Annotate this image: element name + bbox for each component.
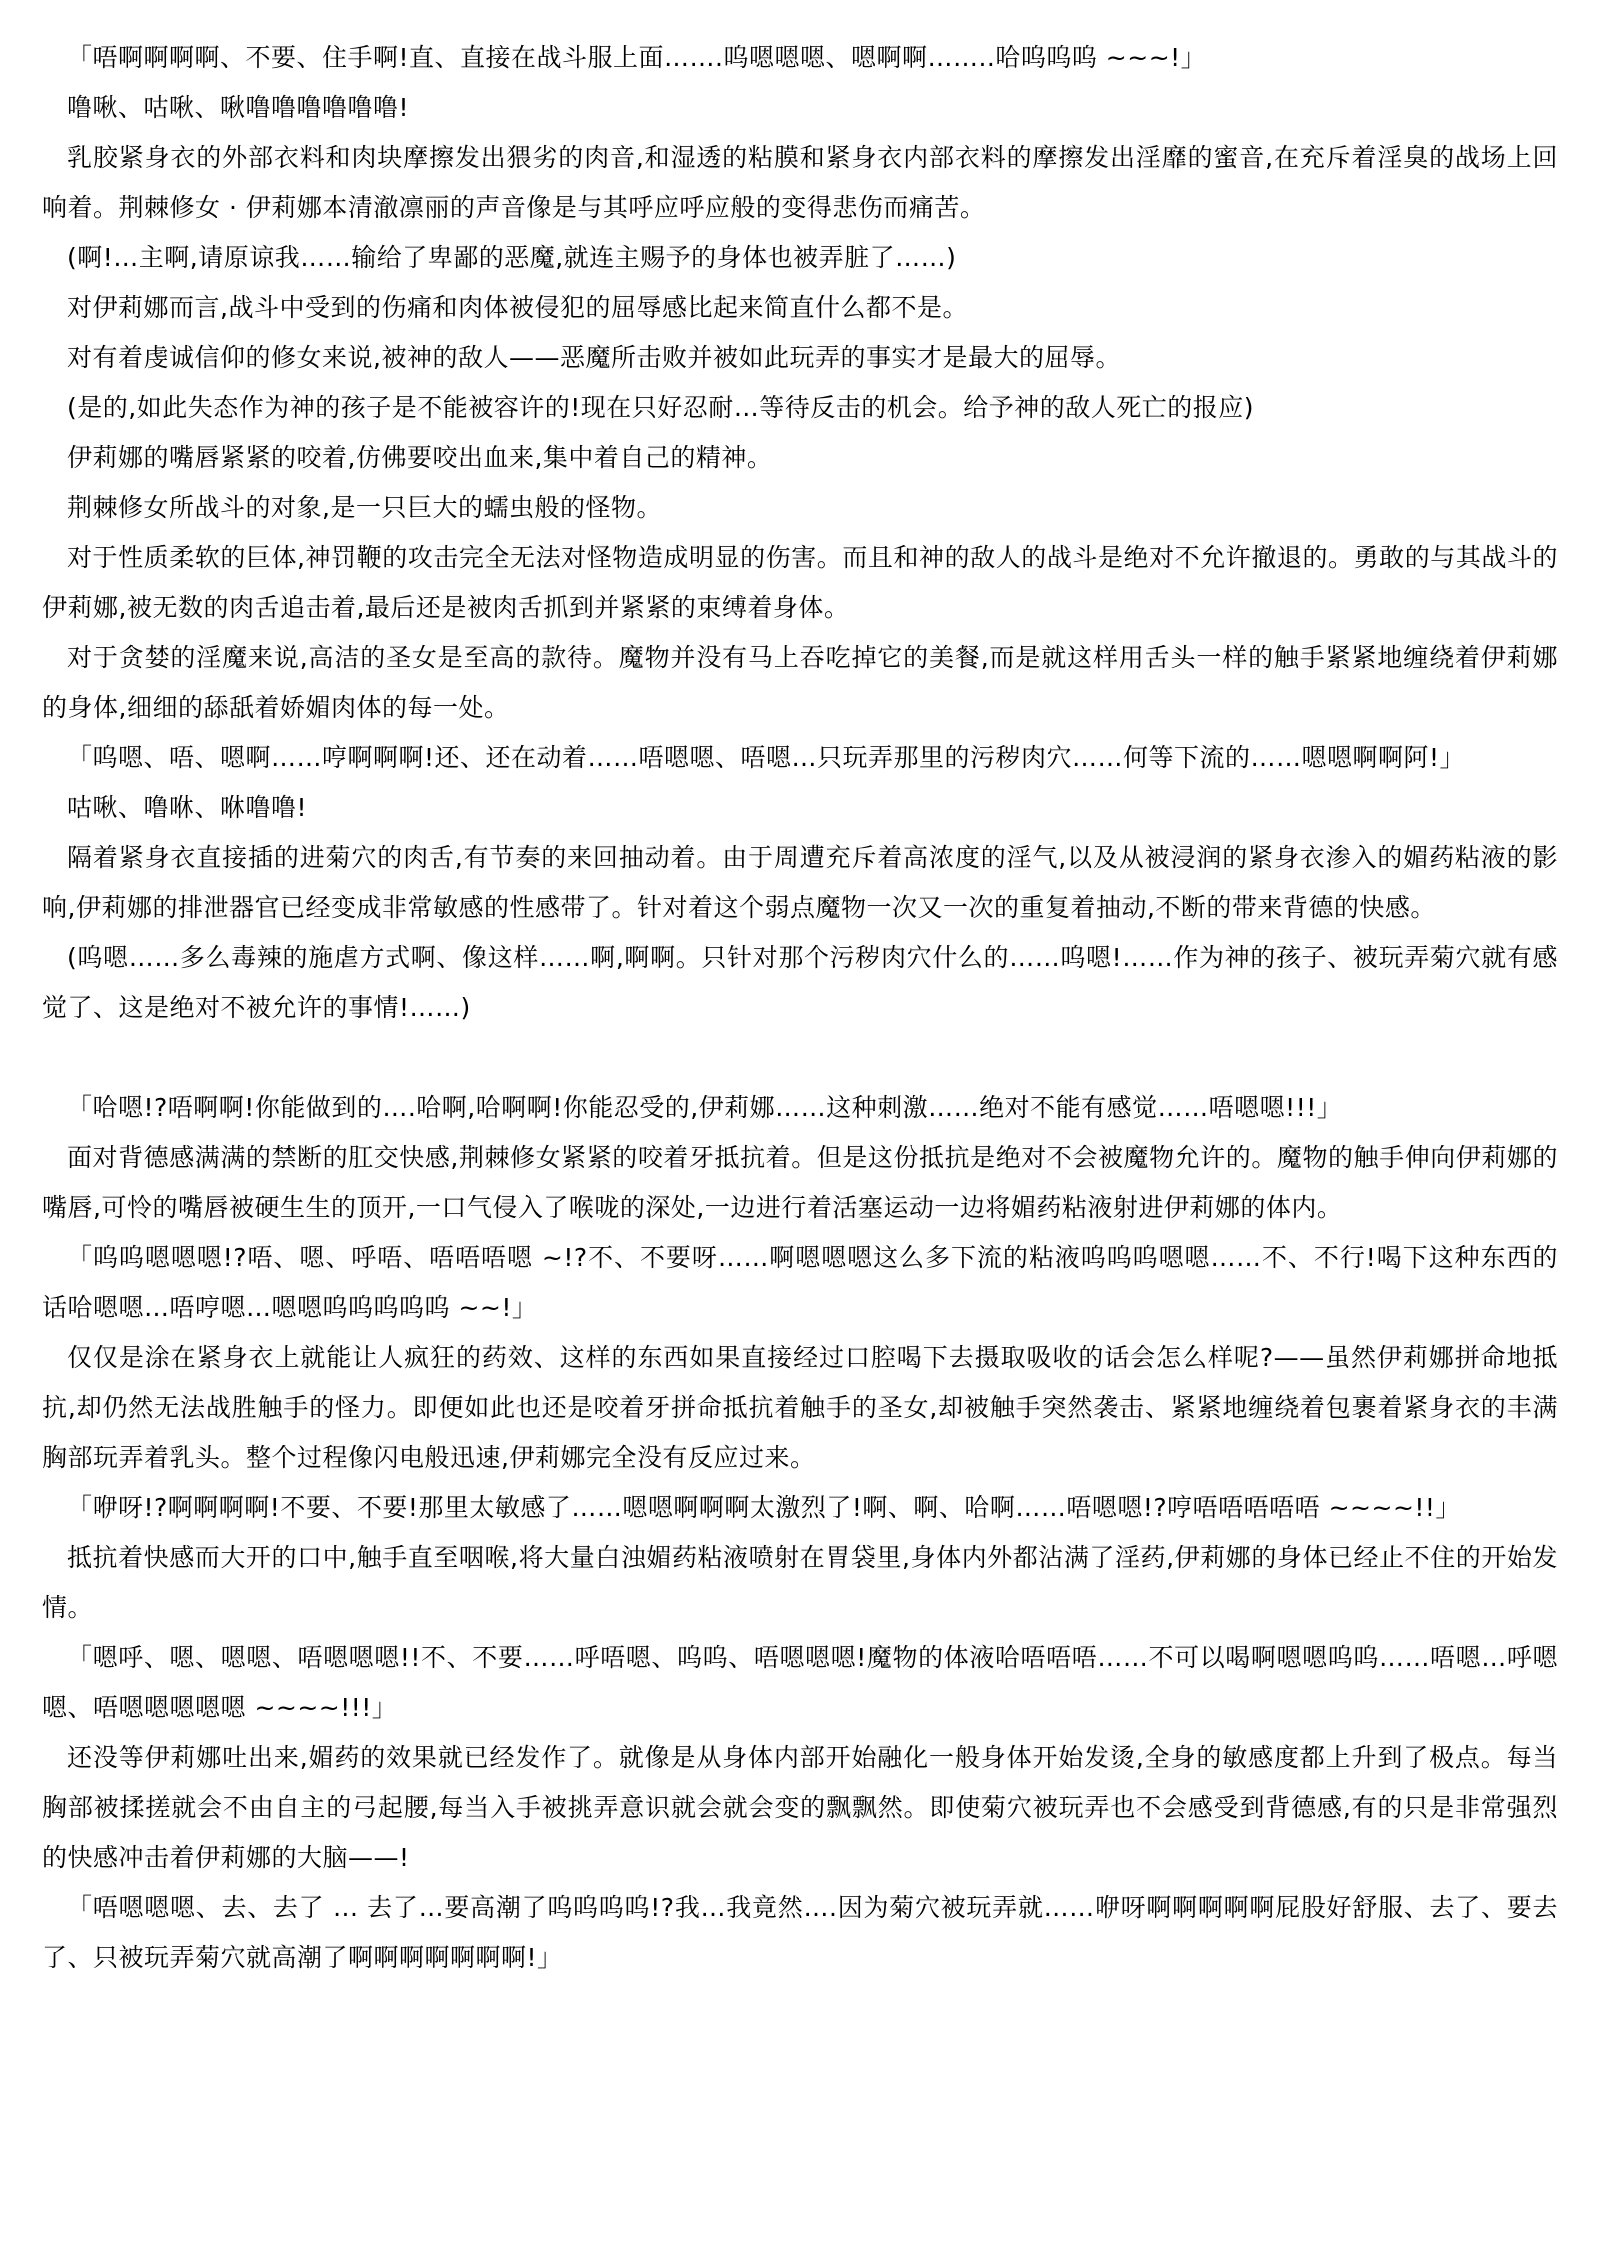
paragraph: 「哈嗯!?唔啊啊!你能做到的….哈啊,哈啊啊!你能忍受的,伊莉娜……这种刺激……… — [42, 1083, 1558, 1133]
paragraph: 仅仅是涂在紧身衣上就能让人疯狂的药效、这样的东西如果直接经过口腔喝下去摄取吸收的… — [42, 1333, 1558, 1483]
paragraph: 咕啾、噜咻、咻噜噜! — [42, 783, 1558, 833]
paragraph: 「咿呀!?啊啊啊啊!不要、不要!那里太敏感了……嗯嗯啊啊啊太激烈了!啊、啊、哈啊… — [42, 1483, 1558, 1533]
paragraph: 抵抗着快感而大开的口中,触手直至咽喉,将大量白浊媚药粘液喷射在胃袋里,身体内外都… — [42, 1533, 1558, 1633]
paragraph: 对伊莉娜而言,战斗中受到的伤痛和肉体被侵犯的屈辱感比起来简直什么都不是。 — [42, 283, 1558, 333]
paragraph — [42, 1033, 1558, 1083]
paragraph: 荆棘修女所战斗的对象,是一只巨大的蠕虫般的怪物。 — [42, 483, 1558, 533]
paragraph: 隔着紧身衣直接插的进菊穴的肉舌,有节奏的来回抽动着。由于周遭充斥着高浓度的淫气,… — [42, 833, 1558, 933]
paragraph: 伊莉娜的嘴唇紧紧的咬着,仿佛要咬出血来,集中着自己的精神。 — [42, 433, 1558, 483]
paragraph: (啊!…主啊,请原谅我……输给了卑鄙的恶魔,就连主赐予的身体也被弄脏了……) — [42, 233, 1558, 283]
paragraph: 「唔啊啊啊啊、不要、住手啊!直、直接在战斗服上面…….呜嗯嗯嗯、嗯啊啊……..哈… — [42, 33, 1558, 83]
document-page: 「唔啊啊啊啊、不要、住手啊!直、直接在战斗服上面…….呜嗯嗯嗯、嗯啊啊……..哈… — [0, 0, 1600, 2264]
paragraph: 「呜嗯、唔、嗯啊……哼啊啊啊!还、还在动着……唔嗯嗯、唔嗯…只玩弄那里的污秽肉穴… — [42, 733, 1558, 783]
paragraph: 乳胶紧身衣的外部衣料和肉块摩擦发出猥劣的肉音,和湿透的粘膜和紧身衣内部衣料的摩擦… — [42, 133, 1558, 233]
paragraph: 「呜呜嗯嗯嗯!?唔、嗯、呼唔、唔唔唔嗯 ~!?不、不要呀……啊嗯嗯嗯这么多下流的… — [42, 1233, 1558, 1333]
paragraph: 「嗯呼、嗯、嗯嗯、唔嗯嗯嗯!!不、不要……呼唔嗯、呜呜、唔嗯嗯嗯!魔物的体液哈唔… — [42, 1633, 1558, 1733]
story-text: 「唔啊啊啊啊、不要、住手啊!直、直接在战斗服上面…….呜嗯嗯嗯、嗯啊啊……..哈… — [42, 33, 1558, 1983]
paragraph: (是的,如此失态作为神的孩子是不能被容许的!现在只好忍耐…等待反击的机会。给予神… — [42, 383, 1558, 433]
paragraph: 「唔嗯嗯嗯、去、去了 ... 去了…要高潮了呜呜呜呜!?我…我竟然….因为菊穴被… — [42, 1883, 1558, 1983]
paragraph: 面对背德感满满的禁断的肛交快感,荆棘修女紧紧的咬着牙抵抗着。但是这份抵抗是绝对不… — [42, 1133, 1558, 1233]
paragraph: 对于性质柔软的巨体,神罚鞭的攻击完全无法对怪物造成明显的伤害。而且和神的敌人的战… — [42, 533, 1558, 633]
paragraph: (呜嗯……多么毒辣的施虐方式啊、像这样……啊,啊啊。只针对那个污秽肉穴什么的……… — [42, 933, 1558, 1033]
paragraph: 还没等伊莉娜吐出来,媚药的效果就已经发作了。就像是从身体内部开始融化一般身体开始… — [42, 1733, 1558, 1883]
paragraph: 对于贪婪的淫魔来说,高洁的圣女是至高的款待。魔物并没有马上吞吃掉它的美餐,而是就… — [42, 633, 1558, 733]
paragraph: 对有着虔诚信仰的修女来说,被神的敌人——恶魔所击败并被如此玩弄的事实才是最大的屈… — [42, 333, 1558, 383]
paragraph: 噜啾、咕啾、啾噜噜噜噜噜噜! — [42, 83, 1558, 133]
